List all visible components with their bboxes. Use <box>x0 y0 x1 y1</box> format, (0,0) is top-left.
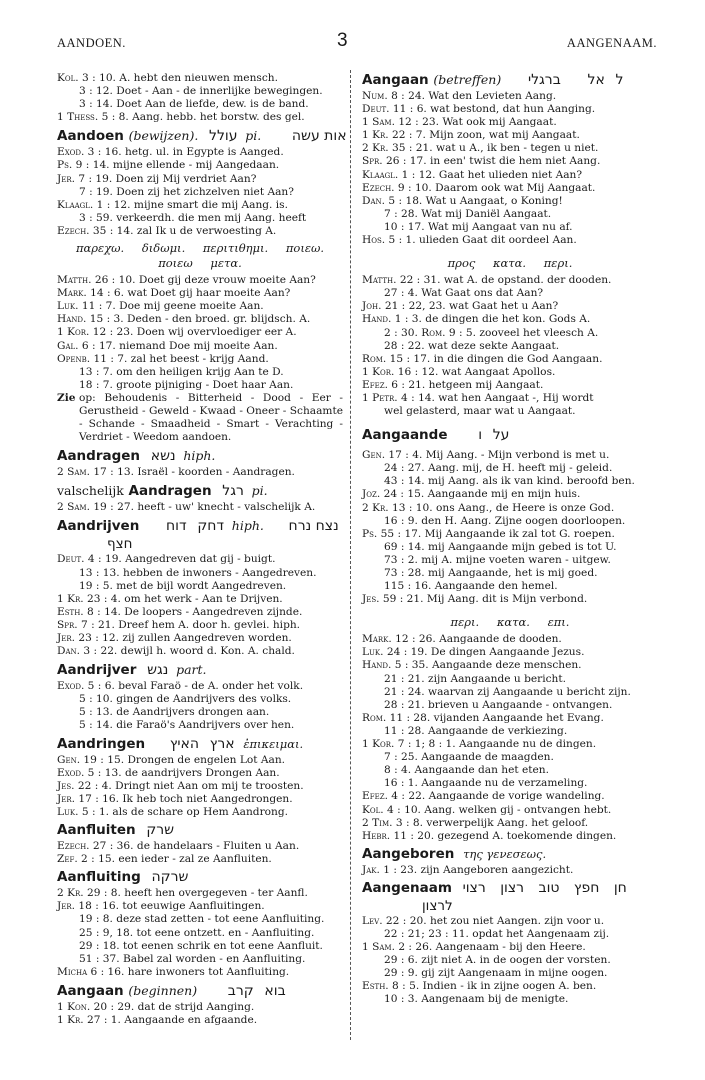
bible-reference: Hand. 5 : 35. <box>362 659 432 671</box>
bible-reference: Lev. 22 : 20. <box>362 915 430 927</box>
bible-reference: 16 : 1. <box>384 777 421 789</box>
quotation-text: Indien - ik in zijne oogen A. ben. <box>423 980 597 992</box>
reference-line: 3 : 14. Doet Aan de liefde, dew. is de b… <box>57 98 343 111</box>
reference-line: 2 : 30. Rom. 9 : 5. zooveel het vleesch … <box>362 327 658 340</box>
quotation-text: om het werk - Aan te Drijven. <box>124 593 282 605</box>
bible-reference: Luk. 11 : 7. <box>57 300 119 312</box>
hebrew-term: שרקה <box>151 869 188 885</box>
entry-refs: Mark. 12 : 26. Aangaande de dooden.Luk. … <box>362 633 658 843</box>
bible-reference: 51 : 37. <box>79 953 123 965</box>
quotation-text: zijn Aangaande u bericht. <box>428 673 566 685</box>
bible-reference: 10 : 17. <box>384 221 428 233</box>
reference-line: 24 : 27. Aang. mij, de H. heeft mij - ge… <box>362 462 658 475</box>
reference-line: Jer. 17 : 16. Ik heb toch niet Aangedron… <box>57 793 343 806</box>
reference-line: Klaagl. 1 : 12. Gaat het ulieden niet Aa… <box>362 169 658 182</box>
hebrew-term: ל <box>616 72 624 88</box>
quotation-text: zijn Aangeboren aangezicht. <box>421 864 574 876</box>
quotation-text: brieven u Aangaande - ontvangen. <box>428 699 612 711</box>
bible-reference: 25 : 9, 18. <box>79 927 136 939</box>
quotation-text: Israël - koorden - Aandragen. <box>137 466 295 478</box>
reference-line: 2 Kr. 13 : 10. ons Aang., de Heere is on… <box>362 502 658 515</box>
bible-reference: Deut. 4 : 19. <box>57 553 125 565</box>
reference-line: 1 Kr. 27 : 1. Aangaande en afgaande. <box>57 1014 343 1027</box>
reference-line: 1 Thess. 5 : 8. Aang. hebb. het borstw. … <box>57 111 343 124</box>
entry-refs: Num. 8 : 24. Wat den Levieten Aang.Deut.… <box>362 90 658 247</box>
reference-line: Zef. 2 : 15. een ieder - zal ze Aanfluit… <box>57 853 343 866</box>
hebrew-term: נגש <box>147 662 168 678</box>
reference-line: 69 : 14. mij Aangaande mijn gebed is tot… <box>362 541 658 554</box>
bible-reference: 29 : 9. <box>384 967 421 979</box>
quotation-text: Aangaande en afgaande. <box>124 1014 257 1026</box>
quotation-text: Doet - Aan - de innerlijke bewegingen. <box>116 85 322 97</box>
quotation-text: wat deze sekte Aangaat. <box>428 340 559 352</box>
quotation-text: Wat ook mij Aangaat. <box>442 116 556 128</box>
reference-line: 7 : 19. Doen zij het zichzelven niet Aan… <box>57 186 343 199</box>
bible-reference: 21 : 21. <box>384 673 428 685</box>
reference-line: 1 Kr. 22 : 7. Mijn zoon, wat mij Aangaat… <box>362 129 658 142</box>
quotation-text: Aangaande dan het eten. <box>415 764 549 776</box>
entry-refs: 2 Sam. 19 : 27. heeft - uw' knecht - val… <box>57 501 343 514</box>
quotation-text: hebben de inwoners - Aangedreven. <box>123 567 317 579</box>
bible-reference: 7 : 19. <box>79 186 116 198</box>
reference-line: 8 : 4. Aangaande dan het eten. <box>362 764 658 777</box>
reference-line: 1 Petr. 4 : 14. wat hen Aangaat -, Hij w… <box>362 392 658 405</box>
greek-term: ἐπικειμαι. <box>243 737 303 751</box>
quotation-text: Mij Aangaande ik zal tot G. roepen. <box>425 528 615 540</box>
reference-line: 1 Kor. 12 : 23. Doen wij overvloediger e… <box>57 326 343 339</box>
bible-reference: 1 Sam. 2 : 26. <box>362 941 436 953</box>
quotation-text: heeft - uw' knecht - valschelijk A. <box>137 501 315 513</box>
quotation-text: in die dingen die God Aangaan. <box>434 353 603 365</box>
entry-refs: Gen. 17 : 4. Mij Aang. - Mijn verbond is… <box>362 449 658 606</box>
reference-line: 10 : 17. Wat mij Aangaat van nu af. <box>362 221 658 234</box>
bible-reference: Spr. 7 : 21. <box>57 619 118 631</box>
reference-line: Kol. 3 : 10. A. hebt den nieuwen mensch. <box>57 72 343 85</box>
greek-terms: περι. κατα. επι. <box>362 615 658 630</box>
reference-line: Exod. 3 : 16. hetg. ul. in Egypte is Aan… <box>57 146 343 159</box>
bible-reference: 29 : 6. <box>384 954 421 966</box>
quotation-text: Daarom ook wat Mij Aangaat. <box>435 182 595 194</box>
bible-reference: Jer. 17 : 16. <box>57 793 122 805</box>
bible-reference: Kol. 3 : 10. <box>57 72 119 84</box>
quotation-text: waarvan zij Aangaande u bericht zijn. <box>428 686 631 698</box>
quotation-text: Wat mij Aangaat van nu af. <box>428 221 573 233</box>
quotation-text: Mij Aang. - Mijn verbond is met u. <box>426 449 610 461</box>
reference-line: 13 : 13. hebben de inwoners - Aangedreve… <box>57 567 343 580</box>
bible-reference: 3 : 59. <box>79 212 116 224</box>
bible-reference: 13 : 7. <box>79 366 116 378</box>
quotation-text: Wat mij Daniël Aangaat. <box>421 208 551 220</box>
quotation-text: Dringt niet Aan om mij te troosten. <box>115 780 303 792</box>
bible-reference: 5 : 14. <box>79 719 116 731</box>
reference-line: Deut. 4 : 19. Aangedreven dat gij - buig… <box>57 553 343 566</box>
reference-line: 16 : 1. Aangaande nu de verzameling. <box>362 777 658 790</box>
quotation-text: heeft hen overgegeven - ter Aanfl. <box>124 887 308 899</box>
quotation-text: niemand Doe mij moeite Aan. <box>119 340 278 352</box>
bible-reference: Gal. 6 : 17. <box>57 340 119 352</box>
reference-line: Gen. 19 : 15. Drongen de engelen Lot Aan… <box>57 754 343 767</box>
bible-reference: Ezech. 27 : 36. <box>57 840 137 852</box>
entry-refs: 2 Kr. 29 : 8. heeft hen overgegeven - te… <box>57 887 343 979</box>
reference-line: Openb. 11 : 7. zal het beest - krijg Aan… <box>57 353 343 366</box>
page-number: 3 <box>337 30 348 52</box>
quotation-text: Aang. hebb. het borstw. des gel. <box>132 111 305 123</box>
bible-reference: Klaagl. 1 : 12. <box>57 199 134 211</box>
bible-reference: 5 : 10. <box>79 693 116 705</box>
reference-line: Joz. 24 : 15. Aangaande mij en mijn huis… <box>362 488 658 501</box>
entry-refs: Matth. 22 : 31. wat A. de opstand. der d… <box>362 274 658 418</box>
bible-reference: Jer. 7 : 19. <box>57 173 116 185</box>
bible-reference: Jer. 18 : 16. <box>57 900 122 912</box>
entry-refs: Matth. 26 : 10. Doet gij deze vrouw moei… <box>57 274 343 392</box>
quotation-text: als de schare op Hem Aandrong. <box>112 806 288 818</box>
bible-reference: 29 : 18. <box>79 940 123 952</box>
hebrew-term: ברגלי <box>528 72 561 88</box>
quotation-text: De loopers - Aangedreven zijnde. <box>124 606 302 618</box>
bible-reference: 27 : 4. <box>384 287 421 299</box>
bible-reference: Ezech. 35 : 14. <box>57 225 137 237</box>
quotation-text: wat u A., ik ben - tegen u niet. <box>436 142 598 154</box>
reference-line: Matth. 22 : 31. wat A. de opstand. der d… <box>362 274 658 287</box>
right-column: Aangaan (betreffen) ל אל ברגלי Num. 8 : … <box>362 72 658 1007</box>
bible-reference: 2 Tim. 3 : 8. <box>362 817 426 829</box>
bible-reference: Jak. 1 : 23. <box>362 864 421 876</box>
quotation-text: tot eene ontzett. en - Aanfluiting. <box>136 927 314 939</box>
quotation-text: ons Aang., de Heere is onze God. <box>436 502 614 514</box>
quotation-text: in een' twist die hem niet Aang. <box>430 155 600 167</box>
bible-reference: Hand. 15 : 3. <box>57 313 127 325</box>
bible-reference: Dan. 5 : 18. <box>362 195 426 207</box>
quotation-text: wat Doet gij haar moeite Aan? <box>127 287 290 299</box>
quotation-text: mij Aang. als ik van kind. beroofd ben. <box>428 475 635 487</box>
bible-reference: 2 Kr. 29 : 8. <box>57 887 124 899</box>
quotation-text: die Faraö's Aandrijvers over hen. <box>116 719 294 731</box>
bible-reference: Luk. 5 : 1. <box>57 806 112 818</box>
quotation-text: Aangaande mij en mijn huis. <box>428 488 581 500</box>
bible-reference: 43 : 14. <box>384 475 428 487</box>
quotation-text: hetgeen mij Aangaat. <box>429 379 544 391</box>
reference-line: 7 : 28. Wat mij Daniël Aangaat. <box>362 208 658 221</box>
reference-line: Esth. 8 : 14. De loopers - Aangedreven z… <box>57 606 343 619</box>
bible-reference: Klaagl. 1 : 12. <box>362 169 439 181</box>
bible-reference: 11 : 28. <box>384 725 428 737</box>
reference-line: Jes. 59 : 21. Mij Aang. dit is Mijn verb… <box>362 593 658 606</box>
hebrew-term: רגל <box>222 483 244 499</box>
reference-line: Rom. 11 : 28. vijanden Aangaande het Eva… <box>362 712 658 725</box>
quotation-text: verkeerdh. die men mij Aang. heeft <box>116 212 306 224</box>
bible-reference: 73 : 28. <box>384 567 428 579</box>
reference-line: 19 : 8. deze stad zetten - tot eene Aanf… <box>57 913 343 926</box>
quotation-text: gij zijt Aangenaam in mijne oogen. <box>421 967 607 979</box>
bible-reference: 28 : 22. <box>384 340 428 352</box>
hebrew-term: נשא <box>151 448 176 464</box>
quotation-text: Doet Aan de liefde, dew. is de band. <box>116 98 308 110</box>
quotation-text: groote pijniging - Doet haar Aan. <box>116 379 293 391</box>
entry-headword-aangaan-beginnen: Aangaan (beginnen) בוא קרב <box>57 981 343 1001</box>
reference-line: Hand. 1 : 3. de dingen die het kon. Gods… <box>362 313 658 326</box>
quotation-text: zal het beest - krijg Aand. <box>131 353 269 365</box>
reference-line: 28 : 21. brieven u Aangaande - ontvangen… <box>362 699 658 712</box>
bible-reference: Esth. 8 : 5. <box>362 980 423 992</box>
hebrew-term: האיץ <box>170 736 199 752</box>
reference-line: 2 Kr. 29 : 8. heeft hen overgegeven - te… <box>57 887 343 900</box>
reference-line: Hebr. 11 : 20. gezegend A. toekomende di… <box>362 830 658 843</box>
bible-reference: Ps. 9 : 14. <box>57 159 113 171</box>
quotation-text: Dreef hem A. door h. gevlei. hiph. <box>118 619 300 631</box>
entry-headword-aangaande: Aangaande על ו <box>362 426 658 445</box>
bible-reference: Kol. 4 : 10. <box>362 804 424 816</box>
quotation-text: Aangaande nu de verzameling. <box>421 777 587 789</box>
reference-line: 21 : 21. zijn Aangaande u bericht. <box>362 673 658 686</box>
reference-line: 29 : 18. tot eenen schrik en tot eene Aa… <box>57 940 343 953</box>
bible-reference: 1 Sam. 12 : 23. <box>362 116 442 128</box>
quotation-text: ulieden Gaat dit oordeel Aan. <box>419 234 577 246</box>
bible-reference: 16 : 9. <box>384 515 421 527</box>
left-column: Kol. 3 : 10. A. hebt den nieuwen mensch.… <box>57 72 343 1027</box>
bible-reference: 1 Kor. 7 : 1; 8 : 1. <box>362 738 459 750</box>
reference-line: 16 : 9. den H. Aang. Zijne oogen doorloo… <box>362 515 658 528</box>
bible-reference: 1 Kr. 22 : 7. <box>362 129 429 141</box>
hebrew-term: קרב <box>228 983 254 999</box>
reference-line: Deut. 11 : 6. wat bestond, dat hun Aangi… <box>362 103 658 116</box>
reference-line: 1 Kor. 7 : 1; 8 : 1. Aangaande nu de din… <box>362 738 658 751</box>
reference-line: 3 : 12. Doet - Aan - de innerlijke beweg… <box>57 85 343 98</box>
reference-line: Ps. 55 : 17. Mij Aangaande ik zal tot G.… <box>362 528 658 541</box>
reference-line: Ezech. 27 : 36. de handelaars - Fluiten … <box>57 840 343 853</box>
quotation-text: Aangaande deze menschen. <box>432 659 582 671</box>
reference-line: Micha 6 : 16. hare inwoners tot Aanfluit… <box>57 966 343 979</box>
reference-line: 1 Sam. 12 : 23. Wat ook mij Aangaat. <box>362 116 658 129</box>
greek-term: της γενεσεως. <box>463 847 546 861</box>
bible-reference: Mark. 14 : 6. <box>57 287 127 299</box>
reference-line: Efez. 4 : 22. Aangaande de vorige wandel… <box>362 790 658 803</box>
quotation-text: Deden - den broed. gr. blijdsch. A. <box>127 313 310 325</box>
reference-line: Jes. 22 : 4. Dringt niet Aan om mij te t… <box>57 780 343 793</box>
quotation-text: wat A. de opstand. der dooden. <box>444 274 612 286</box>
reference-line: 2 Tim. 3 : 8. verwerpelijk Aang. het gel… <box>362 817 658 830</box>
reference-line: 10 : 3. Aangenaam bij de menigte. <box>362 993 658 1006</box>
quotation-text: Aangedreven dat gij - buigt. <box>125 553 275 565</box>
bible-reference: Efez. 6 : 21. <box>362 379 429 391</box>
reference-line: Klaagl. 1 : 12. mijne smart die mij Aang… <box>57 199 343 212</box>
bible-reference: Ezech. 9 : 10. <box>362 182 435 194</box>
quotation-text: het zou niet Aangen. zijn voor u. <box>430 915 604 927</box>
bible-reference: 1 Kon. 20 : 29. <box>57 1001 138 1013</box>
reference-line: 3 : 59. verkeerdh. die men mij Aang. hee… <box>57 212 343 225</box>
reference-line: 19 : 5. met de bijl wordt Aangedreven. <box>57 580 343 593</box>
reference-line: 1 Kor. 16 : 12. wat Aangaat Apollos. <box>362 366 658 379</box>
quotation-text: mij A. mijne voeten waren - uitgew. <box>421 554 611 566</box>
greek-terms: ποιεω μετα. <box>57 256 343 271</box>
reference-line: 2 Sam. 17 : 13. Israël - koorden - Aandr… <box>57 466 343 479</box>
bible-reference: Exod. 5 : 13. <box>57 767 125 779</box>
right-guide-word: AANGENAAM. <box>567 36 657 51</box>
bible-reference: 18 : 7. <box>79 379 116 391</box>
bible-reference: Matth. 26 : 10. <box>57 274 139 286</box>
bible-reference: 1 Petr. 4 : 14. <box>362 392 438 404</box>
reference-line: 29 : 6. zijt niet A. in de oogen der vor… <box>362 954 658 967</box>
bible-reference: 19 : 8. <box>79 913 116 925</box>
reference-line: Spr. 7 : 21. Dreef hem A. door h. gevlei… <box>57 619 343 632</box>
quotation-text: Mijn zoon, wat mij Aangaat. <box>429 129 580 141</box>
quotation-text: De dingen Aangaande Jezus. <box>431 646 585 658</box>
quotation-text: Aangenaam - bij den Heere. <box>436 941 586 953</box>
entry-headword-valschelijk-aandragen: valschelijk Aandragen רגל pi. <box>57 481 343 501</box>
bible-reference: Hand. 1 : 3. <box>362 313 425 325</box>
reference-line: Dan. 5 : 18. Wat u Aangaat, o Koning! <box>362 195 658 208</box>
bible-reference: 13 : 13. <box>79 567 123 579</box>
quotation-text: Doen wij overvloediger eer A. <box>137 326 297 338</box>
quotation-text: hetg. ul. in Egypte is Aanged. <box>125 146 284 158</box>
bible-reference: 1 Thess. 5 : 8. <box>57 111 132 123</box>
reference-line: Luk. 24 : 19. De dingen Aangaande Jezus. <box>362 646 658 659</box>
bible-reference: Deut. 11 : 6. <box>362 103 430 115</box>
greek-terms: παρεχω. διδωμι. περιτιθημι. ποιεω. <box>57 241 343 256</box>
quotation-text: Doen zij het zichzelven niet Aan? <box>116 186 294 198</box>
quotation-text: Aangenaam bij de menigte. <box>421 993 568 1005</box>
entry-refs: Exod. 5 : 6. beval Faraö - de A. onder h… <box>57 680 343 732</box>
hebrew-term: דוח <box>166 518 187 534</box>
entry-headword-aandrijven: Aandrijven דחק דוח hiph. נצח נרח <box>57 516 343 536</box>
hebrew-term: אות עשה <box>292 128 347 144</box>
bible-reference: Exod. 3 : 16. <box>57 146 125 158</box>
quotation-text: een ieder - zal ze Aanfluiten. <box>118 853 271 865</box>
bible-reference: 1 Kr. 27 : 1. <box>57 1014 124 1026</box>
bible-reference: Efez. 4 : 22. <box>362 790 429 802</box>
reference-line: 5 : 14. die Faraö's Aandrijvers over hen… <box>57 719 343 732</box>
quotation-text: Mij Aang. dit is Mijn verbond. <box>427 593 587 605</box>
bible-reference: 3 : 14. <box>79 98 116 110</box>
quotation-text: dat de strijd Aanging. <box>138 1001 255 1013</box>
quotation-text: tot eenen schrik en tot eene Aanfluit. <box>123 940 323 952</box>
entry-headword-aangaan-betreffen: Aangaan (betreffen) ל אל ברגלי <box>362 70 658 90</box>
quotation-text: A. hebt den nieuwen mensch. <box>119 72 278 84</box>
bible-reference: Joh. 21 : 22, 23. <box>362 300 449 312</box>
reference-line: Hand. 5 : 35. Aangaande deze menschen. <box>362 659 658 672</box>
bible-reference: Jer. 23 : 12. <box>57 632 122 644</box>
reference-line: Hos. 5 : 1. ulieden Gaat dit oordeel Aan… <box>362 234 658 247</box>
reference-line: 51 : 37. Babel zal worden - en Aanfluiti… <box>57 953 343 966</box>
quotation-text: Aangaande de maagden. <box>421 751 554 763</box>
bible-reference: 22 : 21; 23 : 11. <box>384 928 472 940</box>
entry-refs: Exod. 3 : 16. hetg. ul. in Egypte is Aan… <box>57 146 343 238</box>
entry-refs: Gen. 19 : 15. Drongen de engelen Lot Aan… <box>57 754 343 819</box>
entry-headword-aandrijver: Aandrijver נגש part. <box>57 660 343 680</box>
entry-headword-aandragen: Aandragen נשא hiph. <box>57 446 343 466</box>
quotation-text: met de bijl wordt Aangedreven. <box>116 580 286 592</box>
quotation-text: Doen zij Mij verdriet Aan? <box>116 173 257 185</box>
reference-line: 115 : 16. Aangaande den hemel. <box>362 580 658 593</box>
reference-line: Luk. 5 : 1. als de schare op Hem Aandron… <box>57 806 343 819</box>
bible-reference: 3 : 12. <box>79 85 116 97</box>
reference-line: Ezech. 9 : 10. Daarom ook wat Mij Aangaa… <box>362 182 658 195</box>
entry-refs: Ezech. 27 : 36. de handelaars - Fluiten … <box>57 840 343 866</box>
hebrew-term: לרצון <box>362 898 658 915</box>
entry-headword-aanfluiten: Aanfluiten שרק <box>57 821 343 840</box>
reference-line: 25 : 9, 18. tot eene ontzett. en - Aanfl… <box>57 927 343 940</box>
running-head: AANDOEN. 3 AANGENAAM. <box>57 30 657 52</box>
bible-reference: 21 : 24. <box>384 686 428 698</box>
reference-line: Jer. 7 : 19. Doen zij Mij verdriet Aan? <box>57 173 343 186</box>
quotation-text: vijanden Aangaande het Evang. <box>434 712 604 724</box>
bible-reference: Matth. 22 : 31. <box>362 274 444 286</box>
bible-reference: Jes. 59 : 21. <box>362 593 427 605</box>
quotation-text: Wat den Levieten Aang. <box>428 90 556 102</box>
entry-headword-aandoen: Aandoen (bewijzen). עולל pi. אות עשה <box>57 126 343 146</box>
bible-reference: 1 Kor. 16 : 12. <box>362 366 442 378</box>
quotation-text: wel gelasterd, maar wat u Aangaat. <box>384 405 576 417</box>
quotation-text: mijne ellende - mij Aangedaan. <box>113 159 279 171</box>
bible-reference: Dan. 3 : 22. <box>57 645 121 657</box>
reference-line: Hand. 15 : 3. Deden - den broed. gr. bli… <box>57 313 343 326</box>
quotation-text: Aang. welken gij - ontvangen hebt. <box>424 804 611 816</box>
bible-reference: Hebr. 11 : 20. <box>362 830 438 842</box>
bible-reference: 7 : 25. <box>384 751 421 763</box>
reference-line: Exod. 5 : 6. beval Faraö - de A. onder h… <box>57 680 343 693</box>
quotation-text: Aangaande de verkiezing. <box>428 725 567 737</box>
bible-reference: 1 Kr. 23 : 4. <box>57 593 124 605</box>
continued-entries: Kol. 3 : 10. A. hebt den nieuwen mensch.… <box>57 72 343 124</box>
hebrew-term: נצח נרח <box>289 518 339 534</box>
reference-line: 21 : 24. waarvan zij Aangaande u bericht… <box>362 686 658 699</box>
bible-reference: 28 : 21. <box>384 699 428 711</box>
quotation-text: Aangaande den hemel. <box>435 580 558 592</box>
bible-reference: 69 : 14. <box>384 541 428 553</box>
quotation-text: wat Aangaat Apollos. <box>442 366 556 378</box>
hebrew-term: דחק <box>197 518 224 534</box>
bible-reference: 24 : 27. <box>384 462 428 474</box>
hebrew-term: על <box>493 427 510 443</box>
bible-reference: Jes. 22 : 4. <box>57 780 115 792</box>
quotation-text: Babel zal worden - en Aanfluiting. <box>123 953 305 965</box>
quotation-text: Ik heb toch niet Aangedrongen. <box>122 793 292 805</box>
reference-line: Gen. 17 : 4. Mij Aang. - Mijn verbond is… <box>362 449 658 462</box>
hebrew-term: שרק <box>146 822 174 838</box>
quotation-text: den H. Aang. Zijne oogen doorloopen. <box>421 515 625 527</box>
reference-line: wel gelasterd, maar wat u Aangaat. <box>362 405 658 418</box>
bible-reference: Luk. 24 : 19. <box>362 646 431 658</box>
quotation-text: Aangaande nu de dingen. <box>459 738 596 750</box>
quotation-text: de Aandrijvers drongen aan. <box>116 706 269 718</box>
quotation-text: verwerpelijk Aang. het geloof. <box>426 817 588 829</box>
bible-reference: Zef. 2 : 15. <box>57 853 118 865</box>
reference-line: 73 : 2. mij A. mijne voeten waren - uitg… <box>362 554 658 567</box>
bible-reference: 2 : 30. Rom. 9 : 5. <box>384 327 479 339</box>
reference-line: Jak. 1 : 23. zijn Aangeboren aangezicht. <box>362 864 658 877</box>
quotation-text: de dingen die het kon. Gods A. <box>425 313 590 325</box>
entry-refs: Lev. 22 : 20. het zou niet Aangen. zijn … <box>362 915 658 1007</box>
reference-line: 2 Kr. 35 : 21. wat u A., ik ben - tegen … <box>362 142 658 155</box>
reference-line: 27 : 4. Wat Gaat ons dat Aan? <box>362 287 658 300</box>
bible-reference: Micha 6 : 16. <box>57 966 128 978</box>
reference-line: Dan. 3 : 22. dewijl h. woord d. Kon. A. … <box>57 645 343 658</box>
bible-reference: 1 Kor. 12 : 23. <box>57 326 137 338</box>
reference-line: Luk. 11 : 7. Doe mij geene moeite Aan. <box>57 300 343 313</box>
quotation-text: de handelaars - Fluiten u Aan. <box>137 840 299 852</box>
reference-line: Efez. 6 : 21. hetgeen mij Aangaat. <box>362 379 658 392</box>
entry-refs: Jak. 1 : 23. zijn Aangeboren aangezicht. <box>362 864 658 877</box>
quotation-text: wat Gaat het u Aan? <box>449 300 558 312</box>
reference-line: 13 : 7. om den heiligen krijg Aan te D. <box>57 366 343 379</box>
hebrew-term: ארץ <box>210 736 235 752</box>
bible-reference: Num. 8 : 24. <box>362 90 428 102</box>
quotation-text: Wat u Aangaat, o Koning! <box>426 195 563 207</box>
reference-line: 18 : 7. groote pijniging - Doet haar Aan… <box>57 379 343 392</box>
reference-line: 7 : 25. Aangaande de maagden. <box>362 751 658 764</box>
bible-reference: 7 : 28. <box>384 208 421 220</box>
reference-line: 11 : 28. Aangaande de verkiezing. <box>362 725 658 738</box>
bible-reference: Openb. 11 : 7. <box>57 353 131 365</box>
